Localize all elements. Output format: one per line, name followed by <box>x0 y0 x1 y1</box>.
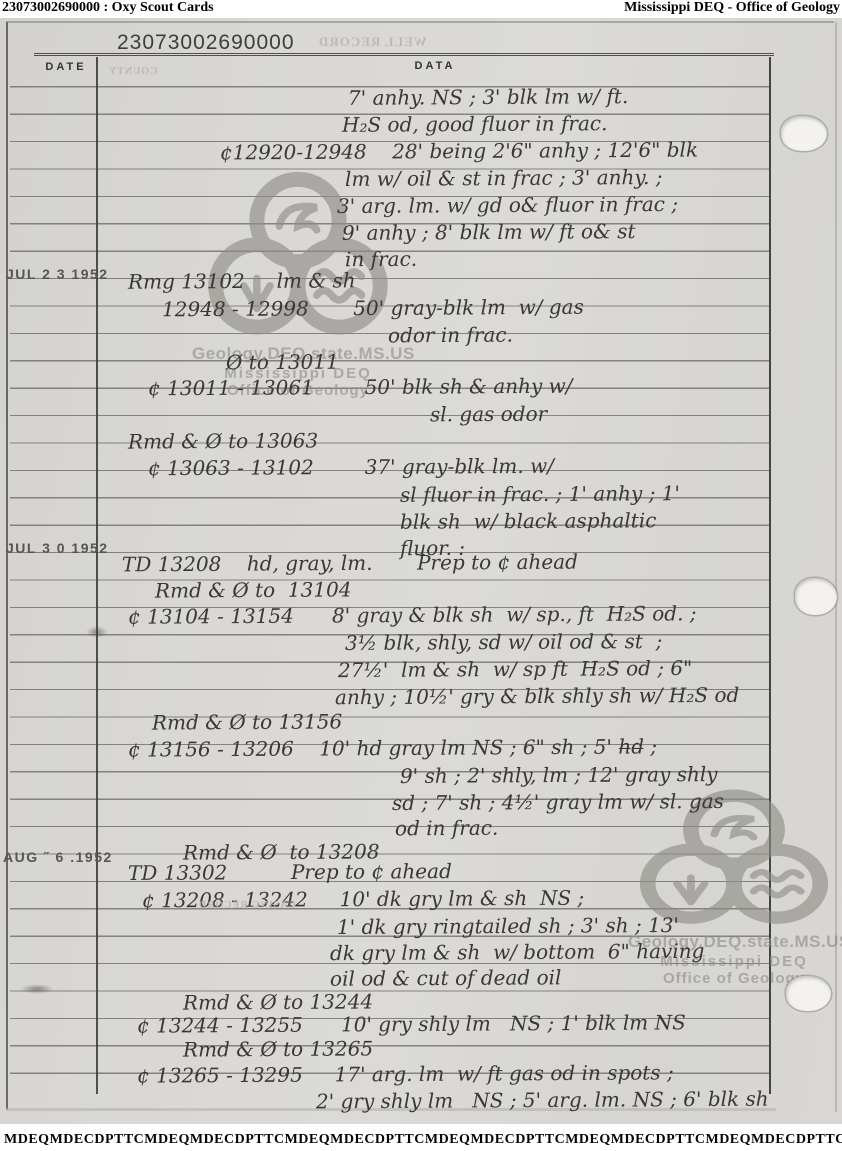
footer-token: MDECD <box>50 1132 105 1148</box>
footer-token: MDECD <box>330 1132 385 1148</box>
footer-token: PTTC <box>526 1132 565 1148</box>
deq-watermark: Geology.DEQ.state.MS.US Mississippi DEQ … <box>192 170 404 399</box>
watermark-url: Geology.DEQ.state.MS.US <box>192 344 404 364</box>
punch-hole <box>786 976 831 1011</box>
ms-deq-logo-icon <box>200 170 396 342</box>
footer-token: MDEQ <box>4 1132 50 1148</box>
footer-token: PTTC <box>245 1132 284 1148</box>
agency-title: Mississippi DEQ - Office of Geology <box>624 0 840 16</box>
footer-token: PTTC <box>666 1132 705 1148</box>
watermark-org: Mississippi DEQ <box>628 953 840 970</box>
date-stamp: AUG ˝ 6 .1952 <box>3 849 113 865</box>
smudge-mark <box>20 984 54 994</box>
footer-token: MDEQ <box>565 1132 611 1148</box>
viewer-footer: MDEQMDECDPTTCMDEQMDECDPTTCMDEQMDECDPTTCM… <box>0 1129 842 1151</box>
header-double-rule <box>34 53 774 56</box>
watermark-url: Geology.DEQ.state.MS.US <box>628 932 840 952</box>
date-stamp: JUL 2 3 1952 <box>6 266 109 282</box>
torn-paper-edge <box>6 1108 776 1111</box>
footer-token: MDECD <box>611 1132 666 1148</box>
scan-edge-left <box>6 22 8 1110</box>
smudge-mark <box>86 626 108 638</box>
footer-token: PTTC <box>105 1132 144 1148</box>
punch-hole <box>781 116 827 151</box>
scan-edge-top <box>6 21 834 23</box>
punch-hole <box>795 578 837 615</box>
viewer-header: 23073002690000 : Oxy Scout Cards Mississ… <box>0 0 842 18</box>
footer-token: PTTC <box>806 1132 842 1148</box>
footer-token: PTTC <box>386 1132 425 1148</box>
api-number-stamp: 23073002690000 <box>117 31 295 55</box>
footer-token: MDEQ <box>705 1132 751 1148</box>
footer-token: MDEQ <box>285 1132 331 1148</box>
document-title: 23073002690000 : Oxy Scout Cards <box>2 0 214 16</box>
deq-watermark: Geology.DEQ.state.MS.US Mississippi DEQ … <box>628 788 840 987</box>
bleedthrough-text: WELL RECORD <box>318 34 427 50</box>
watermark-org: Mississippi DEQ <box>192 365 404 382</box>
date-stamp: JUL 3 0 1952 <box>6 540 109 556</box>
footer-token: MDECD <box>470 1132 525 1148</box>
bleedthrough-text: CASING RECORD <box>198 900 296 911</box>
watermark-office: Office of Geology <box>192 382 404 399</box>
ms-deq-logo-icon <box>636 788 832 930</box>
bleedthrough-text: COUNTY <box>108 66 157 77</box>
footer-token: MDECD <box>190 1132 245 1148</box>
footer-token: MDEQ <box>425 1132 471 1148</box>
footer-token: MDEQ <box>144 1132 190 1148</box>
footer-token: MDECD <box>751 1132 806 1148</box>
